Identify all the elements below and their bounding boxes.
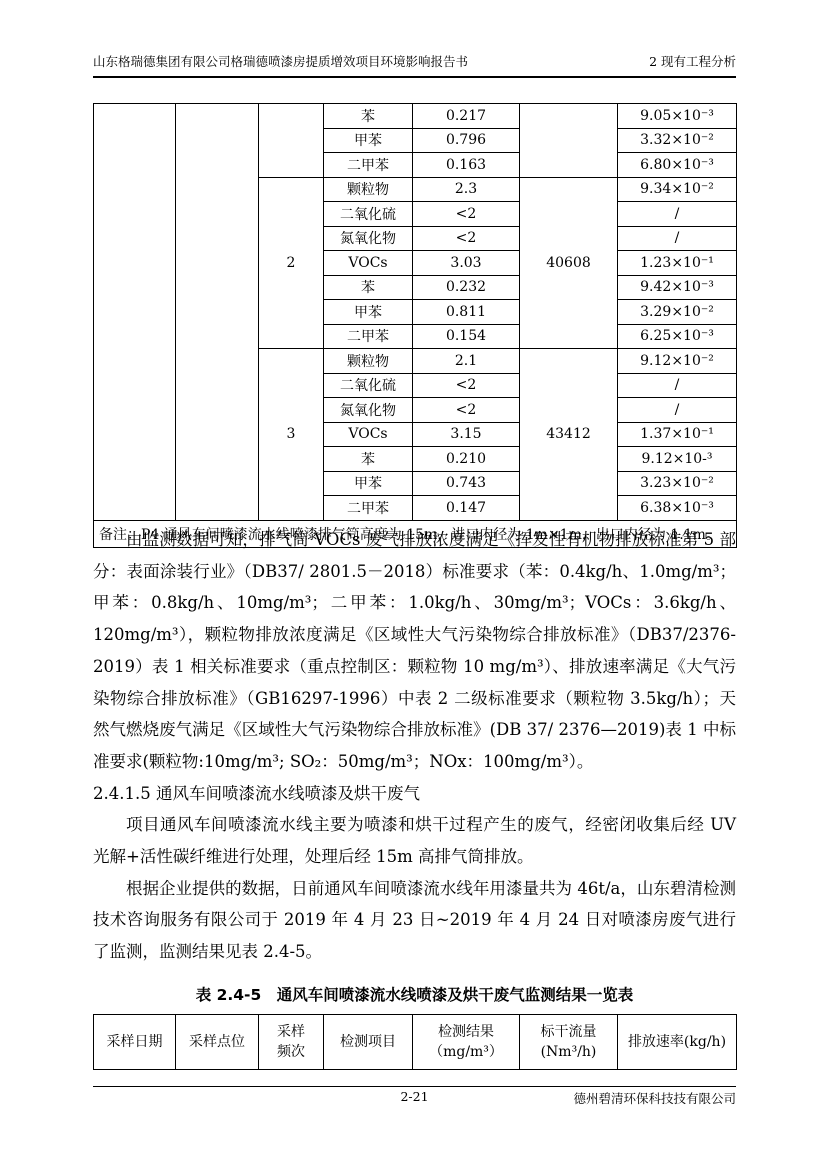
pollutant-cell: 颗粒物: [324, 177, 413, 202]
value-cell: 0.743: [413, 471, 520, 496]
rate-cell: /: [618, 226, 737, 251]
col-header-test-result: 检测结果 （mg/m³）: [413, 1015, 520, 1070]
pollutant-cell: 苯: [324, 447, 413, 472]
header-line: （mg/m³）: [415, 1042, 517, 1062]
rate-cell: 9.42×10⁻³: [618, 275, 737, 300]
header-line: 采样: [261, 1022, 321, 1042]
pollutant-cell: 二氧化硫: [324, 373, 413, 398]
rate-cell: /: [618, 373, 737, 398]
paragraph-treatment-process: 项目通风车间喷漆流水线主要为喷漆和烘干过程产生的废气，经密闭收集后经 UV 光解…: [93, 809, 736, 872]
header-line: 检测结果: [415, 1022, 517, 1042]
table-row: 苯 0.217 9.05×10⁻³: [94, 104, 737, 129]
header-line: 采样点位: [178, 1032, 256, 1052]
pollutant-cell: 二甲苯: [324, 324, 413, 349]
rate-cell: /: [618, 202, 737, 227]
pollutant-cell: VOCs: [324, 422, 413, 447]
table-2-4-5-caption: 表 2.4-5 通风车间喷漆流水线喷漆及烘干废气监测结果一览表: [93, 983, 736, 1005]
rate-cell: 6.80×10⁻³: [618, 153, 737, 178]
paragraph-standards-conclusion: 由监测数据可知，排气筒 VOCs 废气排放浓度满足《挥发性有机物排放标准第 5 …: [93, 524, 736, 778]
rate-cell: /: [618, 398, 737, 423]
col-header-sample-frequency: 采样 频次: [259, 1015, 324, 1070]
header-line: 检测项目: [326, 1032, 410, 1052]
frequency-cell: 2: [259, 177, 324, 349]
rate-cell: 1.37×10⁻¹: [618, 422, 737, 447]
rate-cell: 9.05×10⁻³: [618, 104, 737, 129]
pollutant-cell: 二甲苯: [324, 496, 413, 521]
value-cell: 0.147: [413, 496, 520, 521]
value-cell: 0.210: [413, 447, 520, 472]
rate-cell: 3.29×10⁻²: [618, 300, 737, 325]
rate-cell: 3.23×10⁻²: [618, 471, 737, 496]
section-heading-2-4-1-5: 2.4.1.5 通风车间喷漆流水线喷漆及烘干废气: [93, 778, 736, 810]
paragraph-monitoring-info: 根据企业提供的数据，日前通风车间喷漆流水线年用漆量共为 46t/a，山东碧清检测…: [93, 873, 736, 968]
value-cell: 3.03: [413, 251, 520, 276]
value-cell: 3.15: [413, 422, 520, 447]
value-cell: 0.163: [413, 153, 520, 178]
page-header: 山东格瑞德集团有限公司格瑞德喷漆房提质增效项目环境影响报告书 2 现有工程分析: [93, 52, 736, 70]
header-line: 排放速率(kg/h): [620, 1032, 734, 1052]
footer-company: 德州碧清环保科技技有限公司: [93, 1089, 736, 1107]
rate-cell: 6.25×10⁻³: [618, 324, 737, 349]
value-cell: 0.154: [413, 324, 520, 349]
pollutant-cell: 甲苯: [324, 300, 413, 325]
value-cell: <2: [413, 398, 520, 423]
col-header-sample-location: 采样点位: [176, 1015, 259, 1070]
rate-cell: 9.12×10⁻²: [618, 349, 737, 374]
rate-cell: 9.34×10⁻²: [618, 177, 737, 202]
value-cell: 2.1: [413, 349, 520, 374]
pollutant-cell: 苯: [324, 104, 413, 129]
pollutant-cell: 苯: [324, 275, 413, 300]
value-cell: <2: [413, 373, 520, 398]
header-line: 频次: [261, 1042, 321, 1062]
pollutant-cell: 二氧化硫: [324, 202, 413, 227]
value-cell: 0.796: [413, 128, 520, 153]
flow-cell: 43412: [520, 349, 618, 521]
rate-cell: 3.32×10⁻²: [618, 128, 737, 153]
col-header-test-item: 检测项目: [324, 1015, 413, 1070]
header-line: 标干流量: [522, 1022, 615, 1042]
body-text: 由监测数据可知，排气筒 VOCs 废气排放浓度满足《挥发性有机物排放标准第 5 …: [93, 524, 736, 968]
col-header-emission-rate: 排放速率(kg/h): [618, 1015, 737, 1070]
header-rule: [93, 76, 736, 78]
pollutant-cell: 甲苯: [324, 128, 413, 153]
value-cell: 0.217: [413, 104, 520, 129]
flow-cell: [520, 104, 618, 178]
rate-cell: 1.23×10⁻¹: [618, 251, 737, 276]
header-line: 采样日期: [96, 1032, 173, 1052]
frequency-cell: [259, 104, 324, 178]
value-cell: 0.232: [413, 275, 520, 300]
footer-rule: [93, 1086, 736, 1087]
pollutant-cell: 甲苯: [324, 471, 413, 496]
rate-cell: 6.38×10⁻³: [618, 496, 737, 521]
pollutant-cell: 二甲苯: [324, 153, 413, 178]
value-cell: <2: [413, 202, 520, 227]
col-header-sample-date: 采样日期: [94, 1015, 176, 1070]
col-header-standard-flow: 标干流量 (Nm³/h): [520, 1015, 618, 1070]
value-cell: 2.3: [413, 177, 520, 202]
pollutant-cell: VOCs: [324, 251, 413, 276]
header-line: (Nm³/h): [522, 1042, 615, 1062]
header-row: 采样日期 采样点位 采样 频次 检测项目 检测结果 （mg/m³）: [94, 1015, 737, 1070]
rate-cell: 9.12×10-³: [618, 447, 737, 472]
sample-date-cell: [94, 104, 176, 521]
document-page: 山东格瑞德集团有限公司格瑞德喷漆房提质增效项目环境影响报告书 2 现有工程分析 …: [0, 0, 827, 1169]
monitoring-results-table: 苯 0.217 9.05×10⁻³ 甲苯 0.796 3.32×10⁻² 二甲苯…: [93, 103, 737, 548]
value-cell: <2: [413, 226, 520, 251]
frequency-cell: 3: [259, 349, 324, 521]
pollutant-cell: 颗粒物: [324, 349, 413, 374]
header-chapter-title: 2 现有工程分析: [649, 52, 736, 70]
header-report-title: 山东格瑞德集团有限公司格瑞德喷漆房提质增效项目环境影响报告书: [93, 52, 468, 70]
sample-location-cell: [176, 104, 259, 521]
value-cell: 0.811: [413, 300, 520, 325]
table-2-4-5-header: 采样日期 采样点位 采样 频次 检测项目 检测结果 （mg/m³）: [93, 1014, 737, 1070]
flow-cell: 40608: [520, 177, 618, 349]
pollutant-cell: 氮氧化物: [324, 226, 413, 251]
pollutant-cell: 氮氧化物: [324, 398, 413, 423]
